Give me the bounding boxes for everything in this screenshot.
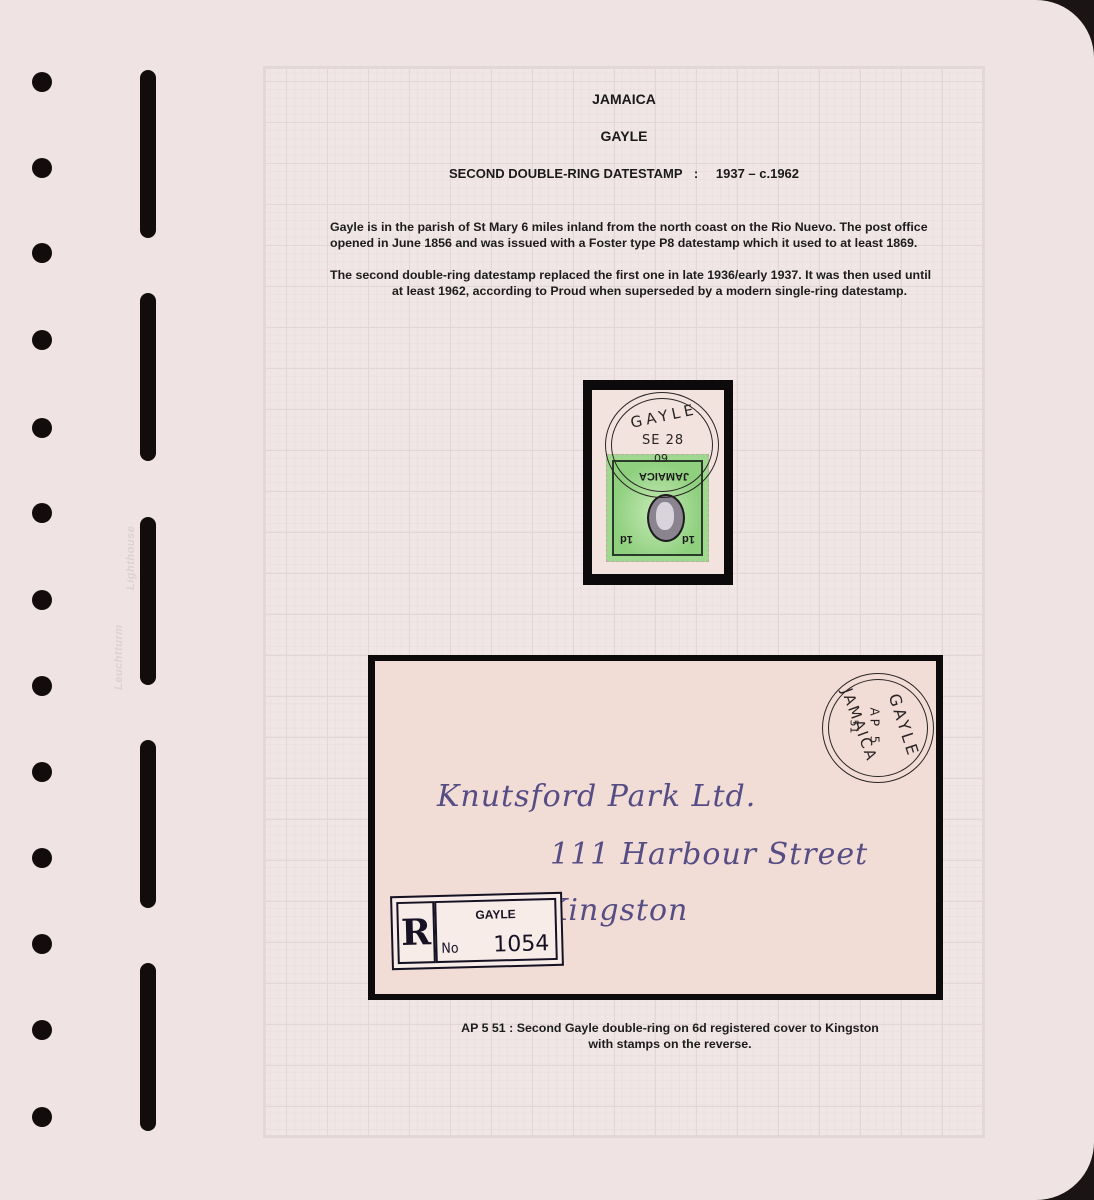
stamp-mount: JAMAICA 1d 1d GAYLE SE 28 60 bbox=[583, 380, 733, 585]
registration-number: 1054 bbox=[493, 931, 550, 957]
stamp-value: 1d bbox=[620, 533, 633, 545]
binder-hole bbox=[32, 848, 52, 868]
portrait-icon bbox=[647, 494, 685, 542]
gayle-postmark: GAYLE SE 28 60 bbox=[605, 392, 719, 498]
binder-hole bbox=[32, 676, 52, 696]
binder-slot bbox=[140, 963, 156, 1131]
binder-hole bbox=[32, 1107, 52, 1127]
subtitle-text: SECOND DOUBLE-RING DATESTAMP bbox=[449, 166, 682, 181]
caption-line: AP 5 51 : Second Gayle double-ring on 6d… bbox=[400, 1020, 940, 1036]
postmark-year: 51 bbox=[848, 720, 861, 734]
registered-cover: GAYLE JAMAICA AP 5 51 Knutsford Park Ltd… bbox=[375, 661, 936, 994]
brand-watermark: Leuchtturm bbox=[113, 625, 125, 691]
binder-hole bbox=[32, 243, 52, 263]
subtitle-separator: : bbox=[694, 166, 698, 181]
subtitle-period: 1937 – c.1962 bbox=[716, 166, 799, 181]
binder-hole bbox=[32, 72, 52, 92]
binder-hole bbox=[32, 590, 52, 610]
binder-slot bbox=[140, 293, 156, 461]
page-subtitle: SECOND DOUBLE-RING DATESTAMP : 1937 – c.… bbox=[263, 166, 985, 181]
paragraph-line: at least 1962, according to Proud when s… bbox=[330, 283, 970, 299]
binder-hole bbox=[32, 330, 52, 350]
binder-slot bbox=[140, 740, 156, 908]
postmark-office: GAYLE bbox=[629, 400, 699, 432]
gayle-jamaica-postmark: GAYLE JAMAICA AP 5 51 bbox=[822, 673, 934, 783]
paragraph-line: The second double-ring datestamp replace… bbox=[330, 267, 970, 283]
address-line: Knutsford Park Ltd. bbox=[437, 779, 756, 814]
intro-paragraph: Gayle is in the parish of St Mary 6 mile… bbox=[330, 219, 970, 251]
binder-slot bbox=[140, 70, 156, 238]
postmark-office: GAYLE bbox=[885, 691, 923, 760]
stamp-value: 1d bbox=[682, 533, 695, 545]
caption-line: with stamps on the reverse. bbox=[400, 1036, 940, 1052]
binder-hole bbox=[32, 418, 52, 438]
paragraph-line: Gayle is in the parish of St Mary 6 mile… bbox=[330, 219, 970, 235]
registration-label: R GAYLE No 1054 bbox=[390, 892, 564, 970]
registration-details: GAYLE No 1054 bbox=[434, 898, 558, 963]
brand-watermark: Lighthouse bbox=[125, 526, 137, 590]
stamp-on-piece: JAMAICA 1d 1d GAYLE SE 28 60 bbox=[592, 390, 724, 574]
album-page: Leuchtturm Lighthouse JAMAICA GAYLE SECO… bbox=[0, 0, 1094, 1200]
page-office-heading: GAYLE bbox=[263, 128, 985, 144]
page-country-heading: JAMAICA bbox=[263, 91, 985, 107]
history-paragraph: The second double-ring datestamp replace… bbox=[330, 267, 970, 299]
binder-hole bbox=[32, 158, 52, 178]
address-line: 111 Harbour Street bbox=[550, 837, 868, 872]
postmark-year: 60 bbox=[654, 451, 668, 464]
postmark-date: AP 5 bbox=[867, 708, 881, 747]
registration-office: GAYLE bbox=[436, 906, 554, 923]
paragraph-line: opened in June 1856 and was issued with … bbox=[330, 235, 970, 251]
binder-hole bbox=[32, 1020, 52, 1040]
postmark-date: SE 28 bbox=[642, 433, 684, 448]
address-line: Kingston bbox=[545, 893, 688, 928]
registration-no-prefix: No bbox=[441, 940, 459, 956]
binder-hole bbox=[32, 503, 52, 523]
binder-slot bbox=[140, 517, 156, 685]
binder-hole bbox=[32, 762, 52, 782]
cover-mount: GAYLE JAMAICA AP 5 51 Knutsford Park Ltd… bbox=[368, 655, 943, 1000]
registration-letter: R bbox=[396, 901, 436, 964]
binder-hole bbox=[32, 934, 52, 954]
cover-caption: AP 5 51 : Second Gayle double-ring on 6d… bbox=[400, 1020, 940, 1052]
